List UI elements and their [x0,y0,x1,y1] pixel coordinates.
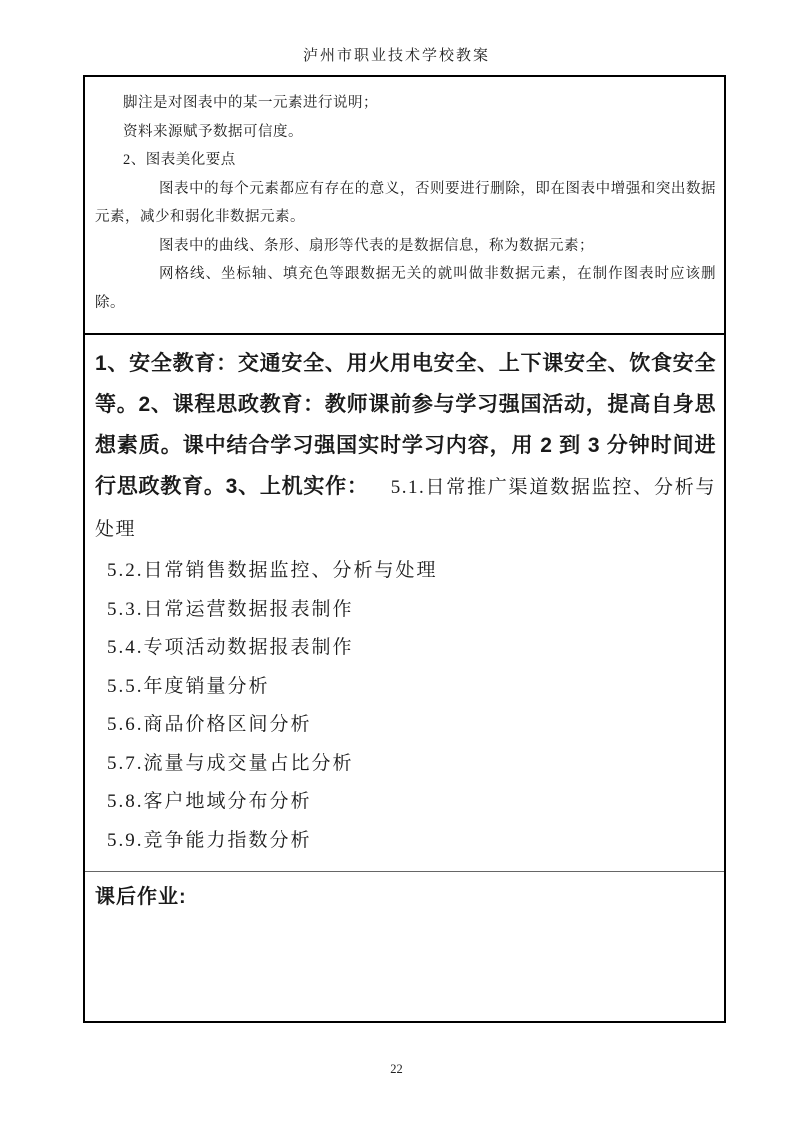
task-item-5-7: 5.7.流量与成交量占比分析 [95,745,716,784]
notes-line-beautify-heading: 2、图表美化要点 [95,146,716,175]
task-item-5-5: 5.5.年度销量分析 [95,668,716,707]
notes-cell: 脚注是对图表中的某一元素进行说明； 资料来源赋予数据可信度。 2、图表美化要点 … [85,77,724,333]
lesson-plan-table: 脚注是对图表中的某一元素进行说明； 资料来源赋予数据可信度。 2、图表美化要点 … [83,75,726,1023]
safety-education-paragraph: 1、安全教育：交通安全、用火用电安全、上下课安全、饮食安全等。2、课程思政教育：… [95,343,716,550]
notes-paragraph-data-elements: 图表中的曲线、条形、扇形等代表的是数据信息，称为数据元素； [95,232,716,261]
notes-paragraph-non-data-elements: 网格线、坐标轴、填充色等跟数据无关的就叫做非数据元素，在制作图表时应该删除。 [95,260,716,317]
safety-education-cell: 1、安全教育：交通安全、用火用电安全、上下课安全、饮食安全等。2、课程思政教育：… [85,333,724,871]
notes-line-footnote: 脚注是对图表中的某一元素进行说明； [95,89,716,118]
notes-line-source: 资料来源赋予数据可信度。 [95,118,716,147]
page-number: 22 [0,1062,793,1077]
practical-task-list: 5.2.日常销售数据监控、分析与处理 5.3.日常运营数据报表制作 5.4.专项… [95,552,716,860]
homework-cell: 课后作业: [85,871,724,1021]
task-item-5-6: 5.6.商品价格区间分析 [95,706,716,745]
task-item-5-8: 5.8.客户地域分布分析 [95,783,716,822]
task-item-5-2: 5.2.日常销售数据监控、分析与处理 [95,552,716,591]
homework-label: 课后作业: [95,886,187,908]
notes-paragraph-elements: 图表中的每个元素都应有存在的意义，否则要进行删除，即在图表中增强和突出数据元素，… [95,175,716,232]
task-item-5-9: 5.9.竞争能力指数分析 [95,822,716,861]
task-item-5-3: 5.3.日常运营数据报表制作 [95,591,716,630]
document-header-title: 泸州市职业技术学校教案 [0,44,793,65]
task-item-5-4: 5.4.专项活动数据报表制作 [95,629,716,668]
